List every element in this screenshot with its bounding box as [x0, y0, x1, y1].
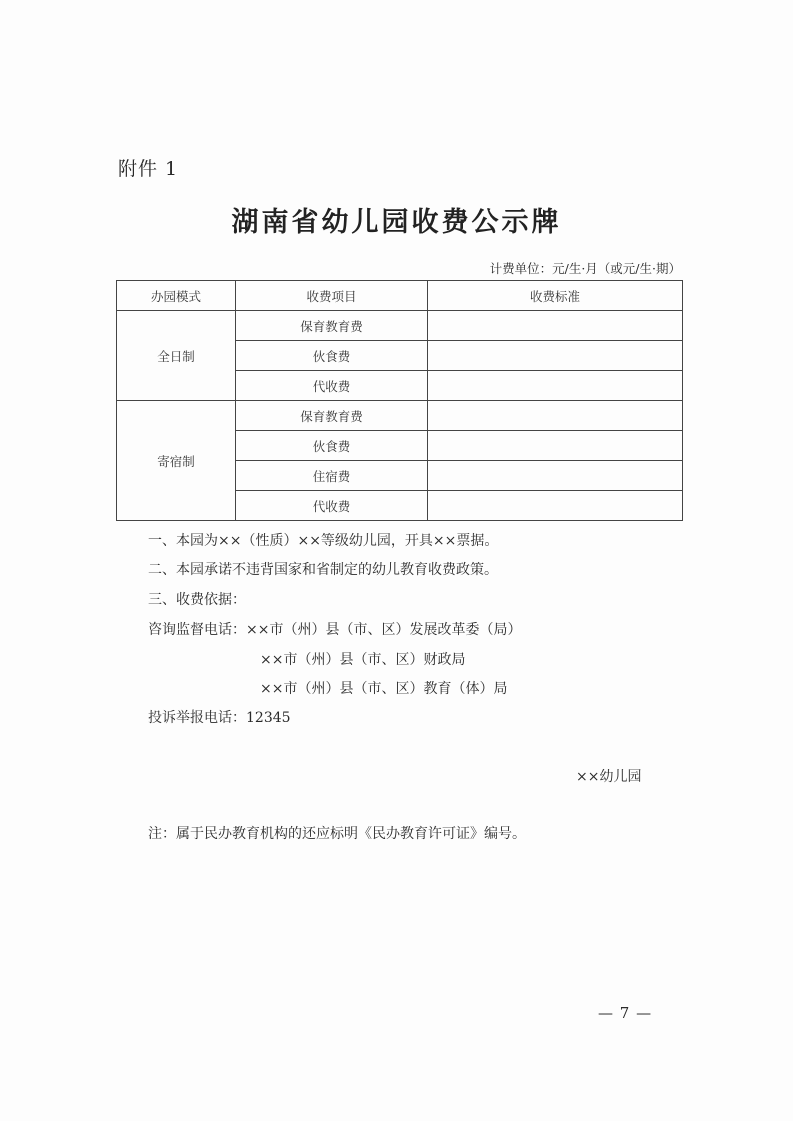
fee-table: 办园模式 收费项目 收费标准 全日制 保育教育费 伙食费 代收费 寄宿制 保育教…: [116, 280, 683, 521]
item-cell: 住宿费: [236, 461, 428, 491]
item-cell: 伙食费: [236, 341, 428, 371]
unit-note: 计费单位：元/生·月（或元/生·期）: [490, 259, 681, 277]
complaint-phone-line: 投诉举报电话：12345: [148, 707, 291, 727]
item-cell: 代收费: [236, 491, 428, 521]
standard-cell: [428, 311, 683, 341]
statement-line-3: 三、收费依据：: [148, 589, 246, 609]
attachment-label: 附件 1: [118, 154, 178, 181]
header-mode: 办园模式: [117, 281, 236, 311]
item-cell: 伙食费: [236, 431, 428, 461]
page-number: — 7 —: [598, 1004, 652, 1022]
statement-line-2: 二、本园承诺不违背国家和省制定的幼儿教育收费政策。: [148, 559, 498, 579]
table-row: 寄宿制 保育教育费: [117, 401, 683, 431]
mode-cell: 全日制: [117, 311, 236, 401]
consult-phone-line: 咨询监督电话：××市（州）县（市、区）发展改革委（局）: [148, 619, 521, 639]
standard-cell: [428, 341, 683, 371]
signature: ××幼儿园: [576, 766, 641, 786]
standard-cell: [428, 371, 683, 401]
standard-cell: [428, 491, 683, 521]
standard-cell: [428, 461, 683, 491]
item-cell: 代收费: [236, 371, 428, 401]
mode-cell: 寄宿制: [117, 401, 236, 521]
item-cell: 保育教育费: [236, 401, 428, 431]
consult-finance-line: ××市（州）县（市、区）财政局: [260, 649, 465, 669]
header-standard: 收费标准: [428, 281, 683, 311]
statement-line-1: 一、本园为××（性质）××等级幼儿园，开具××票据。: [148, 530, 498, 550]
table-header-row: 办园模式 收费项目 收费标准: [117, 281, 683, 311]
table-row: 全日制 保育教育费: [117, 311, 683, 341]
standard-cell: [428, 431, 683, 461]
page-title: 湖南省幼儿园收费公示牌: [0, 200, 793, 239]
header-item: 收费项目: [236, 281, 428, 311]
consult-education-line: ××市（州）县（市、区）教育（体）局: [260, 678, 507, 698]
item-cell: 保育教育费: [236, 311, 428, 341]
footnote: 注：属于民办教育机构的还应标明《民办教育许可证》编号。: [148, 823, 526, 843]
standard-cell: [428, 401, 683, 431]
